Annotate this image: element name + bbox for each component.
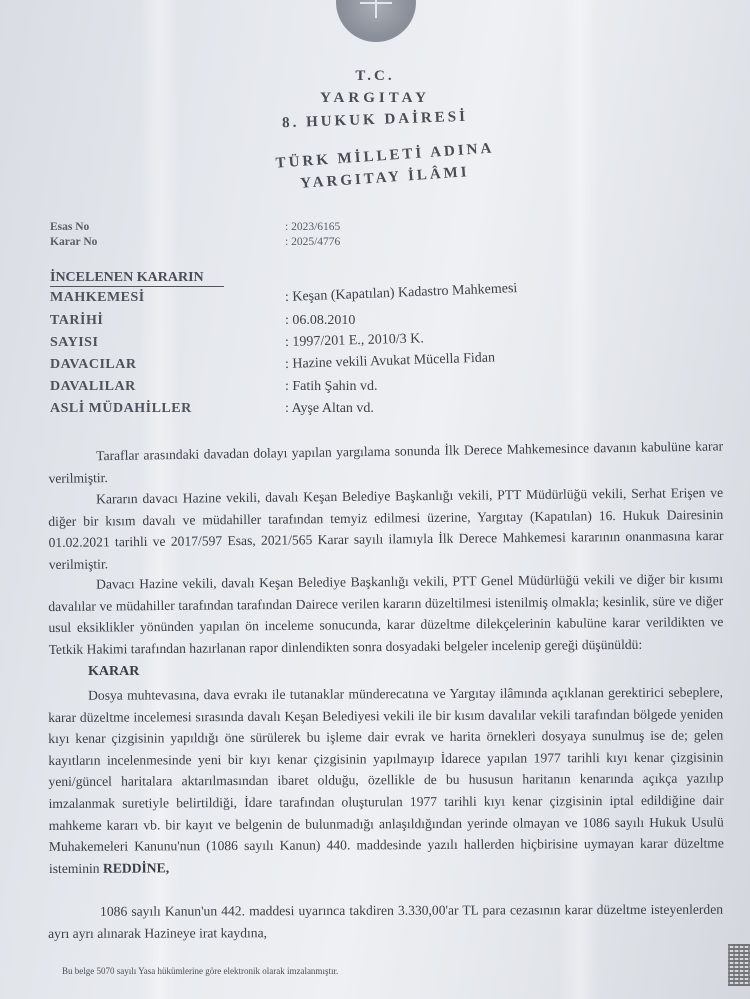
row-value: : Hazine vekili Avukat Mücella Fidan <box>285 350 495 373</box>
row-value: : Fatih Şahin vd. <box>285 379 378 394</box>
reviewed-decision-title: İNCELENEN KARARIN <box>50 270 224 287</box>
plaintiffs-row: DAVACILAR: Hazine vekili Avukat Mücella … <box>50 357 610 373</box>
decision-heading: KARAR <box>88 664 139 680</box>
karar-no-row: Karar No: 2025/4776 <box>50 236 340 248</box>
paragraph-5: 1086 sayılı Kanun'un 442. maddesi uyarın… <box>48 899 723 945</box>
paragraph-1: Taraflar arasındaki davadan dolayı yapıl… <box>48 435 724 489</box>
row-value: : 1997/201 E., 2010/3 K. <box>285 331 424 351</box>
row-label: DAVACILAR <box>50 357 285 373</box>
karar-no-value: : 2025/4776 <box>285 236 340 248</box>
intervenors-row: ASLİ MÜDAHİLLER: Ayşe Altan vd. <box>50 401 610 417</box>
row-label: ASLİ MÜDAHİLLER <box>50 401 285 417</box>
reviewed-number-row: SAYISI: 1997/201 E., 2010/3 K. <box>50 335 610 351</box>
esas-no-value: : 2023/6165 <box>285 221 340 233</box>
paragraph-1-text: Taraflar arasındaki davadan dolayı yapıl… <box>48 438 723 485</box>
esas-no-row: Esas No: 2023/6165 <box>50 221 340 233</box>
row-value: : Keşan (Kapatılan) Kadastro Mahkemesi <box>285 281 518 306</box>
paragraph-4: Dosya muhtevasına, dava evrakı ile tutan… <box>48 681 724 879</box>
esas-no-label: Esas No <box>50 221 285 233</box>
reviewed-date-row: TARİHİ: 06.08.2010 <box>50 313 610 329</box>
reviewed-court-row: MAHKEMESİ: Keşan (Kapatılan) Kadastro Ma… <box>50 290 610 306</box>
row-label: TARİHİ <box>50 313 285 329</box>
row-label: MAHKEMESİ <box>50 290 285 306</box>
row-label: DAVALILAR <box>50 379 285 395</box>
paragraph-3: Davacı Hazine vekili, davalı Keşan Beled… <box>48 568 724 660</box>
paragraph-4-text: Dosya muhtevasına, dava evrakı ile tutan… <box>48 684 724 875</box>
row-label: SAYISI <box>50 335 285 351</box>
defendants-row: DAVALILAR: Fatih Şahin vd. <box>50 379 610 395</box>
row-value: : Ayşe Altan vd. <box>285 401 374 416</box>
paragraph-2-text: Kararın davacı Hazine vekili, davalı Keş… <box>48 485 723 572</box>
e-signature-note: Bu belge 5070 sayılı Yasa hükümlerine gö… <box>62 966 338 976</box>
karar-no-label: Karar No <box>50 236 285 248</box>
paragraph-3-text: Davacı Hazine vekili, davalı Keşan Beled… <box>48 571 723 657</box>
qr-code-icon <box>728 944 750 986</box>
paragraph-5-text: 1086 sayılı Kanun'un 442. maddesi uyarın… <box>48 902 723 941</box>
court-emblem-icon <box>336 0 416 42</box>
rejection-verdict: REDDİNE, <box>103 860 169 875</box>
paragraph-2: Kararın davacı Hazine vekili, davalı Keş… <box>48 482 724 575</box>
header-country: T.C. <box>0 68 750 85</box>
row-value: : 06.08.2010 <box>285 313 355 328</box>
